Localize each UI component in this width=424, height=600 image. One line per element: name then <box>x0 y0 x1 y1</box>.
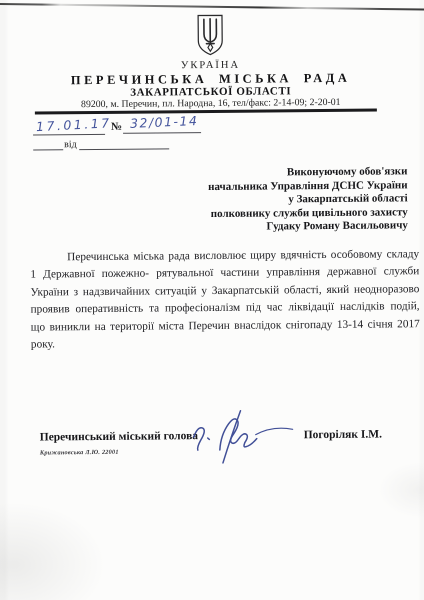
from-underline-left <box>33 149 63 150</box>
handwritten-date: 17.01.17 <box>36 115 112 134</box>
handwritten-ref-number: 32/01-14 <box>130 113 199 131</box>
document-content: УКРАЇНА ПЕРЕЧИНСЬКА МІСЬКА РАДА ЗАКАРПАТ… <box>0 0 424 600</box>
ref-number-underline <box>123 132 201 134</box>
date-underline <box>33 134 105 136</box>
executor-note: Крижановська Л.Ю. 22001 <box>40 449 119 457</box>
letter-body-paragraph: Перечинська міська рада висловлює щиру в… <box>30 246 420 354</box>
signer-name: Погоріляк І.М. <box>304 429 382 442</box>
addressee-block: Виконуючому обов'язки начальника Управлі… <box>147 165 408 235</box>
ukraine-trident-icon <box>195 14 225 56</box>
from-label: від <box>64 139 77 150</box>
signer-title: Перечинський міський голова <box>40 430 198 443</box>
handwritten-signature <box>183 405 302 468</box>
scanned-letter-page: УКРАЇНА ПЕРЕЧИНСЬКА МІСЬКА РАДА ЗАКАРПАТ… <box>0 0 424 600</box>
from-underline-right <box>79 148 169 150</box>
number-sign-label: № <box>111 121 122 133</box>
addressee-line: Гудаку Роману Васильовичу <box>148 220 408 236</box>
